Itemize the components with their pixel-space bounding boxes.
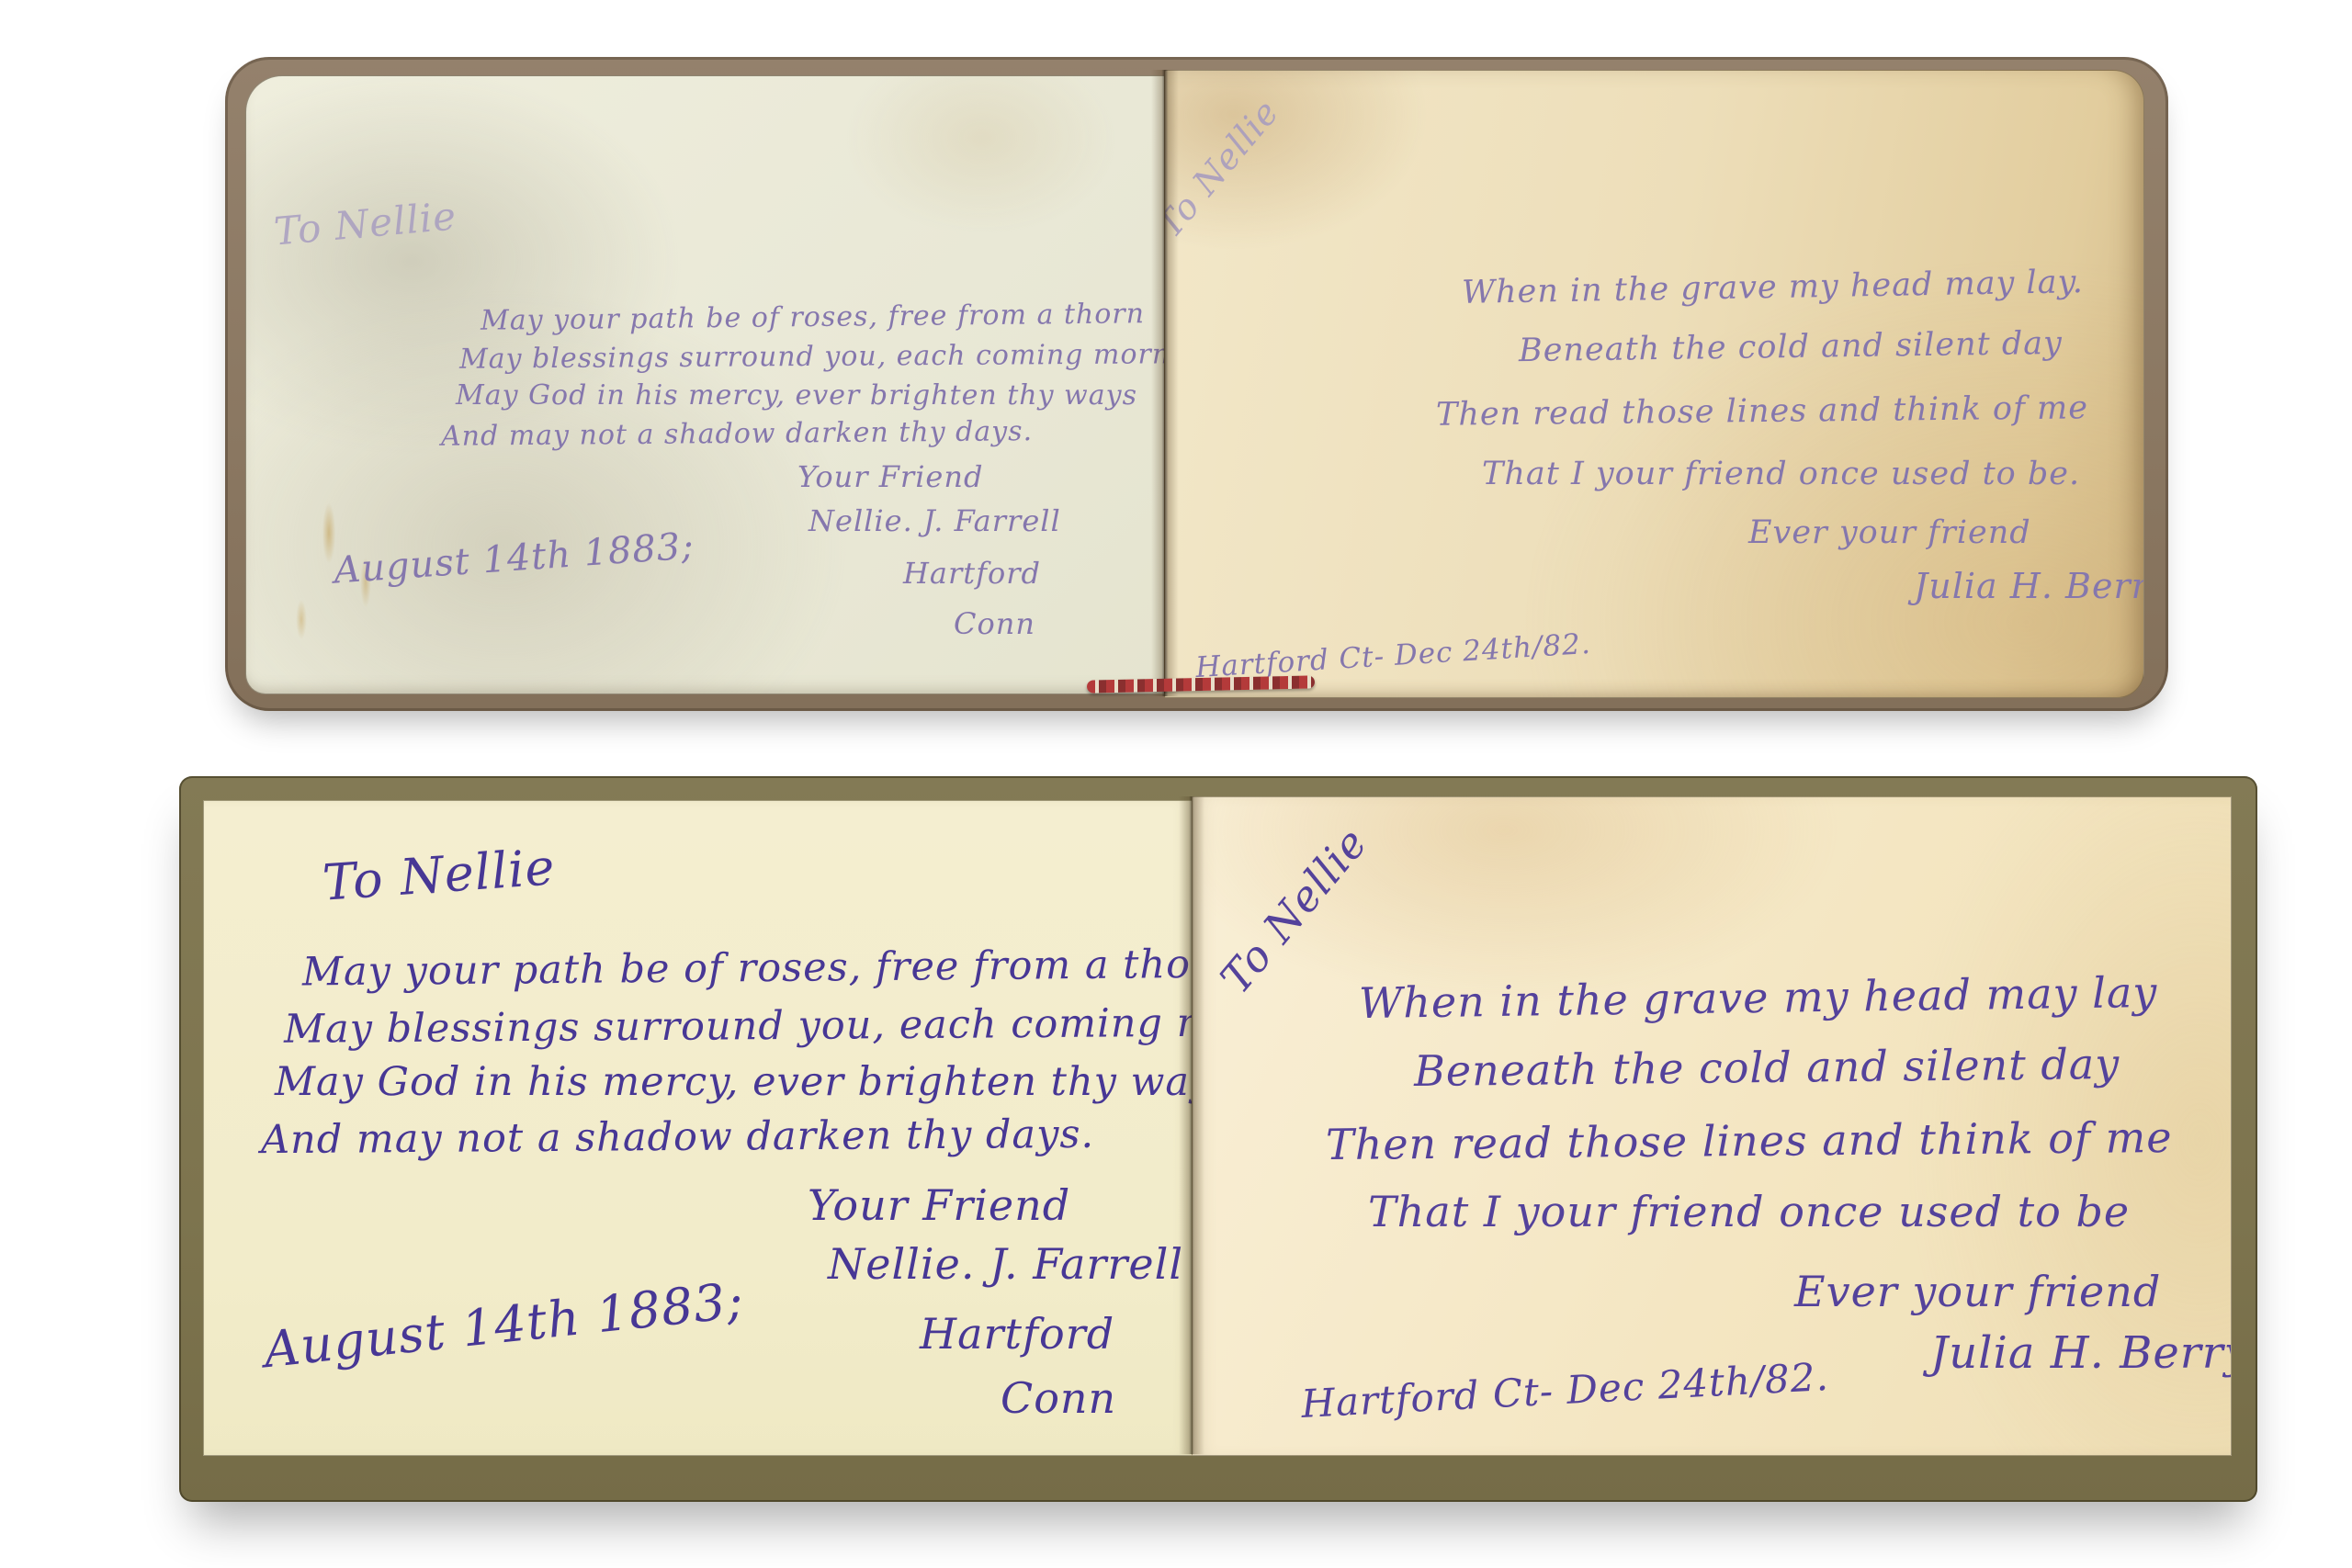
photo-album-open: To Nellie May your path be of roses, fre… [225, 57, 2168, 711]
restored-left-verse-line-4: And may not a shadow darken thy days. [261, 1115, 1094, 1160]
restored-left-verse-line-3: May God in his mercy, ever brighten thy … [275, 1063, 1193, 1102]
photo-right-signature: Julia H. Berry [1914, 569, 2144, 604]
restored-album-open: To Nellie May your path be of roses, fre… [179, 776, 2257, 1502]
restored-left-place-state: Conn [1001, 1377, 1116, 1419]
restored-left-page: To Nellie May your path be of roses, fre… [203, 800, 1193, 1456]
restored-left-heading: To Nellie [321, 842, 557, 908]
photo-right-verse-line-1: When in the grave my head may lay. [1462, 266, 2084, 310]
restored-gutter [1179, 796, 1204, 1454]
photo-left-verse-line-4: And may not a shadow darken thy days. [441, 418, 1033, 451]
screenshot-background: To Nellie May your path be of roses, fre… [0, 0, 2352, 1568]
photo-right-closing-ever-your-friend: Ever your friend [1748, 517, 2031, 549]
restored-left-signature: Nellie. J. Farrell [828, 1243, 1183, 1285]
restored-right-page: To Nellie When in the grave my head may … [1192, 796, 2232, 1456]
restored-left-place-city: Hartford [920, 1313, 1114, 1355]
restored-right-verse-line-1: When in the grave my head may lay [1359, 971, 2158, 1024]
restored-right-verse-line-3: Then read those lines and think of me [1326, 1116, 2173, 1166]
photo-left-signature: Nellie. J. Farrell [808, 506, 1061, 536]
restored-right-heading: To Nellie [1214, 820, 1374, 1000]
photo-right-heading: To Nellie [1164, 94, 1284, 243]
photo-left-verse-line-1: May your path be of roses, free from a t… [481, 300, 1145, 335]
photo-left-date: August 14th 1883; [333, 527, 695, 589]
photo-right-date-place: Hartford Ct- Dec 24th/82. [1194, 630, 1591, 682]
restored-left-closing-your-friend: Your Friend [808, 1184, 1070, 1226]
photo-left-page: To Nellie May your path be of roses, fre… [245, 75, 1166, 694]
restored-right-verse-line-4: That I your friend once used to be [1368, 1190, 2130, 1233]
photo-left-place-state: Conn [954, 609, 1035, 638]
photo-left-place-city: Hartford [903, 558, 1041, 588]
photo-right-page: To Nellie When in the grave my head may … [1164, 70, 2144, 698]
photo-gutter [1151, 70, 1179, 696]
restored-left-verse-line-1: May your path be of roses, free from a t… [302, 945, 1193, 993]
photo-left-verse-line-3: May God in his mercy, ever brighten thy … [456, 382, 1137, 410]
restored-left-verse-line-2: May blessings surround you, each coming … [284, 1003, 1193, 1050]
photo-right-verse-line-2: Beneath the cold and silent day [1519, 328, 2063, 367]
restored-right-verse-line-2: Beneath the cold and silent day [1414, 1043, 2120, 1092]
photo-left-verse-line-2: May blessings surround you, each coming … [459, 341, 1166, 373]
photo-left-closing-your-friend: Your Friend [797, 462, 983, 491]
restored-left-date: August 14th 1883; [262, 1276, 746, 1376]
restored-right-date-place: Hartford Ct- Dec 24th/82. [1300, 1358, 1829, 1424]
restored-right-closing-ever-your-friend: Ever your friend [1794, 1270, 2161, 1313]
photo-left-heading: To Nellie [273, 197, 458, 251]
photo-right-verse-line-3: Then read those lines and think of me [1436, 392, 2088, 431]
photo-right-verse-line-4: That I your friend once used to be. [1482, 458, 2080, 491]
restored-right-signature: Julia H. Berry [1930, 1331, 2232, 1375]
